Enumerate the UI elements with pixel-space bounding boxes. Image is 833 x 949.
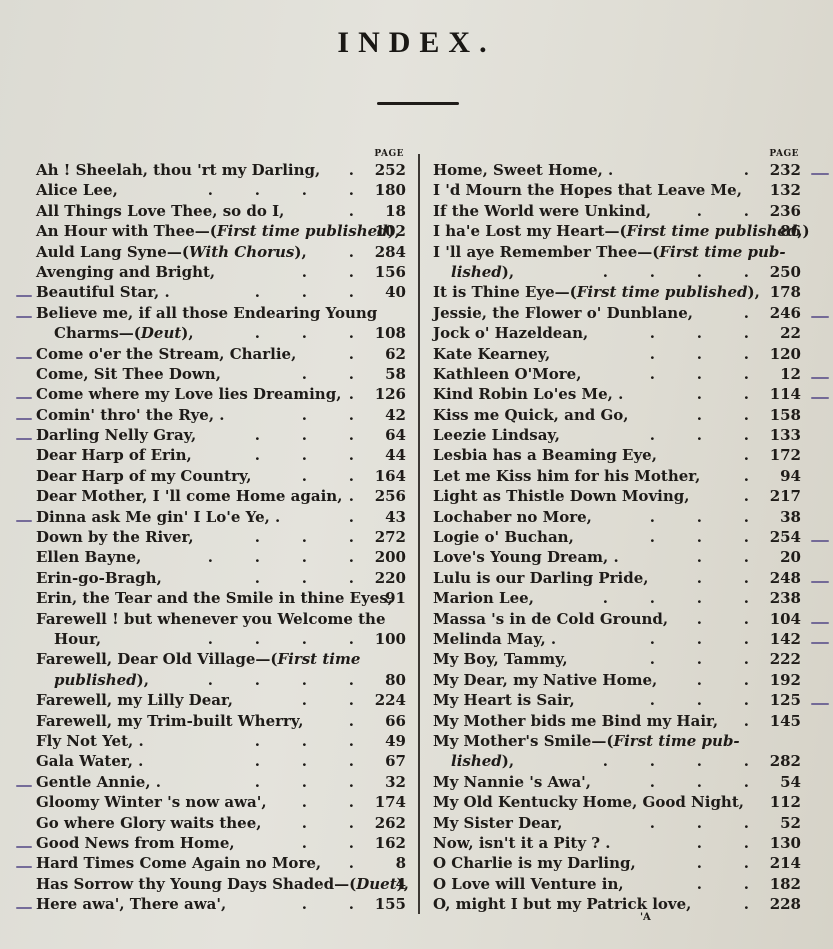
index-entry: Dinna ask Me gin' I Lo'e Ye, ..43 <box>36 507 406 527</box>
page-number: 8 <box>366 853 406 873</box>
page-number: 108 <box>366 323 406 343</box>
pen-mark <box>16 520 32 522</box>
page-number: 80 <box>366 670 406 690</box>
leader-dots: . <box>744 466 749 486</box>
entry-title: Has Sorrow thy Young Days Shaded—(Duet), <box>36 874 409 894</box>
pen-mark <box>811 173 829 175</box>
leader-dots: . <box>744 303 749 323</box>
pen-mark <box>811 397 829 399</box>
leader-dots: . . . <box>650 813 749 833</box>
page-number: 20 <box>761 547 801 567</box>
leader-dots: . . <box>302 466 354 486</box>
page-number: 256 <box>366 486 406 506</box>
index-entry: I 'd Mourn the Hopes that Leave Me,132 <box>433 180 801 200</box>
index-entry: Marion Lee,. . . .238 <box>433 588 801 608</box>
entry-title: Beautiful Star, . <box>36 282 170 302</box>
page-number: 18 <box>366 201 406 221</box>
leader-dots: . . <box>697 405 749 425</box>
leader-dots: . . . <box>255 751 354 771</box>
entry-title: published), <box>54 670 149 690</box>
page-number: 58 <box>366 364 406 384</box>
entry-title: Erin-go-Bragh, <box>36 568 162 588</box>
index-list-right: Home, Sweet Home, ..232I 'd Mourn the Ho… <box>433 160 801 914</box>
pen-mark <box>16 866 32 868</box>
entry-title: Leezie Lindsay, <box>433 425 560 445</box>
index-entry: Darling Nelly Gray,. . .64 <box>36 425 406 445</box>
pen-mark <box>16 907 32 909</box>
leader-dots: . <box>349 853 354 873</box>
entry-title: Dear Harp of my Country, <box>36 466 251 486</box>
pen-mark <box>811 642 829 644</box>
index-entry: lished),. . . .282 <box>433 751 801 771</box>
page-number: 164 <box>366 466 406 486</box>
leader-dots: . . . <box>255 425 354 445</box>
index-entry: My Boy, Tammy,. . .222 <box>433 649 801 669</box>
entry-title: Jessie, the Flower o' Dunblane, <box>433 303 693 323</box>
index-entry: Gentle Annie, .. . .32 <box>36 772 406 792</box>
index-entry: Lesbia has a Beaming Eye,.172 <box>433 445 801 465</box>
leader-dots: . . . <box>255 445 354 465</box>
index-entry: Kate Kearney,. . .120 <box>433 344 801 364</box>
leader-dots: . <box>744 894 749 914</box>
entry-title: My Nannie 's Awa', <box>433 772 591 792</box>
page-number: 4 <box>366 874 406 894</box>
leader-dots: . . <box>302 690 354 710</box>
index-entry: Light as Thistle Down Moving,.217 <box>433 486 801 506</box>
leader-dots: . <box>744 711 749 731</box>
page-number: 250 <box>761 262 801 282</box>
index-entry: Go where Glory waits thee,. .262 <box>36 813 406 833</box>
entry-title: My Dear, my Native Home, <box>433 670 657 690</box>
entry-title: Lesbia has a Beaming Eye, <box>433 445 657 465</box>
entry-title: My Sister Dear, <box>433 813 562 833</box>
entry-title: Lulu is our Darling Pride, <box>433 568 648 588</box>
leader-dots: . . . <box>650 629 749 649</box>
page-number: 132 <box>761 180 801 200</box>
page-number: 91 <box>366 588 406 608</box>
page-number: 38 <box>761 507 801 527</box>
page-number: 126 <box>366 384 406 404</box>
leader-dots: . . <box>697 201 749 221</box>
index-column-left: PAGE Ah ! Sheelah, thou 'rt my Darling,.… <box>36 148 406 914</box>
entry-title: Ah ! Sheelah, thou 'rt my Darling, <box>36 160 320 180</box>
leader-dots: . . . <box>255 527 354 547</box>
entry-title: Come, Sit Thee Down, <box>36 364 221 384</box>
page-number: 232 <box>761 160 801 180</box>
page-number: 94 <box>761 466 801 486</box>
index-list-left: Ah ! Sheelah, thou 'rt my Darling,.252Al… <box>36 160 406 914</box>
entry-title: O Love will Venture in, <box>433 874 624 894</box>
index-entry: O Love will Venture in,. .182 <box>433 874 801 894</box>
index-entry: My Heart is Sair,. . .125 <box>433 690 801 710</box>
entry-title: Good News from Home, <box>36 833 235 853</box>
entry-title: Here awa', There awa', <box>36 894 226 914</box>
entry-title: Alice Lee, <box>36 180 118 200</box>
index-entry: Auld Lang Syne—(With Chorus),.284 <box>36 242 406 262</box>
entry-title: Dinna ask Me gin' I Lo'e Ye, . <box>36 507 280 527</box>
leader-dots: . . . <box>650 527 749 547</box>
entry-title: Ellen Bayne, <box>36 547 141 567</box>
page-number: 178 <box>761 282 801 302</box>
index-column-right: PAGE Home, Sweet Home, ..232I 'd Mourn t… <box>433 148 801 914</box>
page-number: 112 <box>761 792 801 812</box>
leader-dots: . . . . <box>603 588 749 608</box>
entry-title: Hour, <box>54 629 101 649</box>
pen-mark <box>811 540 829 542</box>
leader-dots: . <box>744 160 749 180</box>
entry-title: Massa 's in de Cold Ground, <box>433 609 668 629</box>
page-number: 182 <box>761 874 801 894</box>
entry-title: Darling Nelly Gray, <box>36 425 196 445</box>
entry-title: Come where my Love lies Dreaming, <box>36 384 341 404</box>
pen-mark <box>811 703 829 705</box>
index-entry: Kathleen O'More,. . .12 <box>433 364 801 384</box>
leader-dots: . . <box>697 568 749 588</box>
entry-title: Dear Harp of Erin, <box>36 445 192 465</box>
index-entry: Has Sorrow thy Young Days Shaded—(Duet),… <box>36 874 406 894</box>
pen-mark <box>16 316 32 318</box>
leader-dots: . . <box>697 609 749 629</box>
index-entry: Farewell, my Lilly Dear,. .224 <box>36 690 406 710</box>
index-entry: I ha'e Lost my Heart—(First time publish… <box>433 221 801 241</box>
page-number: 172 <box>761 445 801 465</box>
pen-mark <box>811 316 829 318</box>
page-number: 130 <box>761 833 801 853</box>
index-entry: Lulu is our Darling Pride,. .248 <box>433 568 801 588</box>
leader-dots: . <box>349 711 354 731</box>
page-number: 158 <box>761 405 801 425</box>
leader-dots: . . <box>302 364 354 384</box>
index-entry: Let me Kiss him for his Mother,.94 <box>433 466 801 486</box>
index-entry: Kiss me Quick, and Go,. .158 <box>433 405 801 425</box>
leader-dots: . . . <box>650 425 749 445</box>
entry-title: Kate Kearney, <box>433 344 550 364</box>
entry-title: It is Thine Eye—(First time published), <box>433 282 760 302</box>
page-number: 282 <box>761 751 801 771</box>
entry-title: lished), <box>451 751 514 771</box>
leader-dots: . <box>744 445 749 465</box>
leader-dots: . . . <box>650 772 749 792</box>
index-entry: My Old Kentucky Home, Good Night,112 <box>433 792 801 812</box>
leader-dots: . . <box>697 670 749 690</box>
page-number: 120 <box>761 344 801 364</box>
index-entry: Charms—(Deut),. . .108 <box>36 323 406 343</box>
leader-dots: . . <box>302 894 354 914</box>
leader-dots: . <box>349 486 354 506</box>
index-entry: Love's Young Dream, .. .20 <box>433 547 801 567</box>
page-number: 222 <box>761 649 801 669</box>
page-number: 22 <box>761 323 801 343</box>
index-entry: Hard Times Come Again no More,.8 <box>36 853 406 873</box>
entry-title: Farewell, Dear Old Village—(First time <box>36 649 360 669</box>
leader-dots: . . . . <box>603 751 749 771</box>
index-entry: All Things Love Thee, so do I,.18 <box>36 201 406 221</box>
page-number: 12 <box>761 364 801 384</box>
leader-dots: . . . . <box>208 547 354 567</box>
entry-title: I 'll aye Remember Thee—(First time pub- <box>433 242 786 262</box>
leader-dots: . . . <box>650 507 749 527</box>
index-entry: Lochaber no More,. . .38 <box>433 507 801 527</box>
entry-title: Melinda May, . <box>433 629 556 649</box>
page-number: 228 <box>761 894 801 914</box>
entry-title: Go where Glory waits thee, <box>36 813 262 833</box>
leader-dots: . . <box>302 833 354 853</box>
index-entry: Ellen Bayne,. . . .200 <box>36 547 406 567</box>
page-number: 155 <box>366 894 406 914</box>
page-header-label: PAGE <box>36 148 406 160</box>
leader-dots: . . . . <box>208 670 354 690</box>
page-number: 220 <box>366 568 406 588</box>
leader-dots: . . . <box>255 282 354 302</box>
leader-dots: . . <box>697 874 749 894</box>
page-number: 162 <box>366 833 406 853</box>
index-entry: An Hour with Thee—(First time published)… <box>36 221 406 241</box>
leader-dots: . . <box>697 833 749 853</box>
leader-dots: . . <box>302 405 354 425</box>
entry-title: My Old Kentucky Home, Good Night, <box>433 792 744 812</box>
page-number: 66 <box>366 711 406 731</box>
index-entry: Erin, the Tear and the Smile in thine Ey… <box>36 588 406 608</box>
index-entry: Believe me, if all those Endearing Young <box>36 303 406 323</box>
index-entry: My Nannie 's Awa',. . .54 <box>433 772 801 792</box>
entry-title: My Mother's Smile—(First time pub- <box>433 731 740 751</box>
page-number: 64 <box>366 425 406 445</box>
index-entry: Hour,. . . .100 <box>36 629 406 649</box>
entry-title: An Hour with Thee—(First time published)… <box>36 221 400 241</box>
entry-title: Kind Robin Lo'es Me, . <box>433 384 623 404</box>
page-number: 174 <box>366 792 406 812</box>
page-number: 272 <box>366 527 406 547</box>
index-entry: Farewell, my Trim-built Wherry,.66 <box>36 711 406 731</box>
entry-title: Farewell, my Trim-built Wherry, <box>36 711 303 731</box>
entry-title: Gentle Annie, . <box>36 772 161 792</box>
page-number: 54 <box>761 772 801 792</box>
entry-title: All Things Love Thee, so do I, <box>36 201 284 221</box>
page-number: 224 <box>366 690 406 710</box>
entry-title: Comin' thro' the Rye, . <box>36 405 225 425</box>
index-entry: Logie o' Buchan,. . .254 <box>433 527 801 547</box>
signature-mark: 'A <box>640 912 651 923</box>
entry-title: O, might I but my Patrick love, <box>433 894 691 914</box>
entry-title: Love's Young Dream, . <box>433 547 619 567</box>
index-entry: My Dear, my Native Home,. .192 <box>433 670 801 690</box>
pen-mark <box>16 357 32 359</box>
leader-dots: . . . . <box>208 629 354 649</box>
entry-title: lished), <box>451 262 514 282</box>
leader-dots: . <box>349 242 354 262</box>
page-title: INDEX. <box>0 26 833 60</box>
index-entry: O Charlie is my Darling,. .214 <box>433 853 801 873</box>
title-rule <box>377 102 459 105</box>
page-number: 86 <box>761 221 801 241</box>
entry-title: Charms—(Deut), <box>54 323 194 343</box>
page-number: 52 <box>761 813 801 833</box>
leader-dots: . . <box>697 384 749 404</box>
entry-title: Farewell, my Lilly Dear, <box>36 690 233 710</box>
pen-mark <box>16 418 32 420</box>
leader-dots: . . . <box>650 323 749 343</box>
entry-title: O Charlie is my Darling, <box>433 853 636 873</box>
index-entry: My Mother's Smile—(First time pub- <box>433 731 801 751</box>
index-entry: Dear Harp of my Country,. .164 <box>36 466 406 486</box>
index-entry: Come, Sit Thee Down,. .58 <box>36 364 406 384</box>
page-number: 62 <box>366 344 406 364</box>
index-entry: Ah ! Sheelah, thou 'rt my Darling,.252 <box>36 160 406 180</box>
entry-title: I ha'e Lost my Heart—(First time publish… <box>433 221 810 241</box>
leader-dots: . <box>349 507 354 527</box>
index-entry: I 'll aye Remember Thee—(First time pub- <box>433 242 801 262</box>
index-entry: published),. . . .80 <box>36 670 406 690</box>
entry-title: Avenging and Bright, <box>36 262 215 282</box>
page-number: 248 <box>761 568 801 588</box>
pen-mark <box>16 846 32 848</box>
leader-dots: . . <box>302 262 354 282</box>
index-entry: Fly Not Yet, .. . .49 <box>36 731 406 751</box>
page-number: 40 <box>366 282 406 302</box>
index-entry: Home, Sweet Home, ..232 <box>433 160 801 180</box>
entry-title: Farewell ! but whenever you Welcome the <box>36 609 385 629</box>
leader-dots: . . . <box>650 364 749 384</box>
page-header-label: PAGE <box>433 148 801 160</box>
index-entry: O, might I but my Patrick love,.228 <box>433 894 801 914</box>
page-number: 180 <box>366 180 406 200</box>
entry-title: Dear Mother, I 'll come Home again, <box>36 486 342 506</box>
pen-mark <box>811 622 829 624</box>
index-entry: Alice Lee,. . . .180 <box>36 180 406 200</box>
index-entry: Melinda May, .. . .142 <box>433 629 801 649</box>
leader-dots: . . <box>697 547 749 567</box>
page-number: 133 <box>761 425 801 445</box>
page-number: 142 <box>761 629 801 649</box>
page-number: 217 <box>761 486 801 506</box>
leader-dots: . <box>349 384 354 404</box>
entry-title: My Boy, Tammy, <box>433 649 568 669</box>
page-number: 156 <box>366 262 406 282</box>
page-number: 214 <box>761 853 801 873</box>
entry-title: Lochaber no More, <box>433 507 592 527</box>
index-entry: Come where my Love lies Dreaming,.126 <box>36 384 406 404</box>
page-number: 262 <box>366 813 406 833</box>
entry-title: Gala Water, . <box>36 751 143 771</box>
index-entry: Here awa', There awa',. .155 <box>36 894 406 914</box>
entry-title: Let me Kiss him for his Mother, <box>433 466 700 486</box>
leader-dots: . <box>349 344 354 364</box>
page-number: 42 <box>366 405 406 425</box>
index-entry: Massa 's in de Cold Ground,. .104 <box>433 609 801 629</box>
index-entry: Kind Robin Lo'es Me, .. .114 <box>433 384 801 404</box>
index-entry: Farewell ! but whenever you Welcome the <box>36 609 406 629</box>
index-entry: Now, isn't it a Pity ? .. .130 <box>433 833 801 853</box>
entry-title: Hard Times Come Again no More, <box>36 853 321 873</box>
index-entry: lished),. . . .250 <box>433 262 801 282</box>
entry-title: Kiss me Quick, and Go, <box>433 405 629 425</box>
page-number: 238 <box>761 588 801 608</box>
entry-title: Logie o' Buchan, <box>433 527 574 547</box>
entry-title: Erin, the Tear and the Smile in thine Ey… <box>36 588 393 608</box>
index-entry: If the World were Unkind,. .236 <box>433 201 801 221</box>
leader-dots: . . <box>302 792 354 812</box>
index-entry: Comin' thro' the Rye, .. .42 <box>36 405 406 425</box>
pen-mark <box>811 377 829 379</box>
index-entry: Jessie, the Flower o' Dunblane,.246 <box>433 303 801 323</box>
entry-title: Down by the River, <box>36 527 194 547</box>
index-entry: Farewell, Dear Old Village—(First time <box>36 649 406 669</box>
entry-title: Auld Lang Syne—(With Chorus), <box>36 242 307 262</box>
page-number: 104 <box>761 609 801 629</box>
leader-dots: . . . <box>255 323 354 343</box>
index-entry: Erin-go-Bragh,. . .220 <box>36 568 406 588</box>
index-entry: Avenging and Bright,. .156 <box>36 262 406 282</box>
page-number: 32 <box>366 772 406 792</box>
entry-title: Light as Thistle Down Moving, <box>433 486 689 506</box>
entry-title: My Mother bids me Bind my Hair, <box>433 711 718 731</box>
index-entry: My Mother bids me Bind my Hair,.145 <box>433 711 801 731</box>
page-number: 246 <box>761 303 801 323</box>
leader-dots: . . <box>697 853 749 873</box>
leader-dots: . . . <box>650 649 749 669</box>
entry-title: Gloomy Winter 's now awa', <box>36 792 267 812</box>
entry-title: Come o'er the Stream, Charlie, <box>36 344 296 364</box>
column-divider <box>418 154 420 914</box>
leader-dots: . . . <box>255 731 354 751</box>
entry-title: Jock o' Hazeldean, <box>433 323 588 343</box>
entry-title: Believe me, if all those Endearing Young <box>36 303 377 323</box>
pen-mark <box>16 438 32 440</box>
index-entry: Jock o' Hazeldean,. . .22 <box>433 323 801 343</box>
index-entry: Dear Harp of Erin,. . .44 <box>36 445 406 465</box>
index-entry: Leezie Lindsay,. . .133 <box>433 425 801 445</box>
pen-mark <box>811 581 829 583</box>
leader-dots: . . <box>302 813 354 833</box>
entry-title: My Heart is Sair, <box>433 690 575 710</box>
page-number: 284 <box>366 242 406 262</box>
page-number: 67 <box>366 751 406 771</box>
pen-mark <box>16 785 32 787</box>
leader-dots: . <box>349 201 354 221</box>
index-entry: Good News from Home,. .162 <box>36 833 406 853</box>
page-number: 49 <box>366 731 406 751</box>
entry-title: Now, isn't it a Pity ? . <box>433 833 611 853</box>
leader-dots: . . . <box>255 568 354 588</box>
index-entry: Come o'er the Stream, Charlie,.62 <box>36 344 406 364</box>
entry-title: Fly Not Yet, . <box>36 731 144 751</box>
page-number: 43 <box>366 507 406 527</box>
page-number: 192 <box>761 670 801 690</box>
leader-dots: . <box>349 160 354 180</box>
index-entry: My Sister Dear,. . .52 <box>433 813 801 833</box>
page-number: 145 <box>761 711 801 731</box>
page-number: 254 <box>761 527 801 547</box>
page-number: 44 <box>366 445 406 465</box>
index-entry: Down by the River,. . .272 <box>36 527 406 547</box>
pen-mark <box>16 295 32 297</box>
page-number: 100 <box>366 629 406 649</box>
entry-title: Marion Lee, <box>433 588 534 608</box>
page-number: 200 <box>366 547 406 567</box>
page-number: 102 <box>366 221 406 241</box>
page-number: 252 <box>366 160 406 180</box>
index-entry: Gala Water, .. . .67 <box>36 751 406 771</box>
leader-dots: . <box>744 486 749 506</box>
pen-mark <box>16 397 32 399</box>
entry-title: Kathleen O'More, <box>433 364 581 384</box>
leader-dots: . . . <box>650 690 749 710</box>
index-entry: Beautiful Star, .. . .40 <box>36 282 406 302</box>
page-number: 236 <box>761 201 801 221</box>
index-entry: Dear Mother, I 'll come Home again,.256 <box>36 486 406 506</box>
leader-dots: . . . . <box>603 262 749 282</box>
page-number: 125 <box>761 690 801 710</box>
